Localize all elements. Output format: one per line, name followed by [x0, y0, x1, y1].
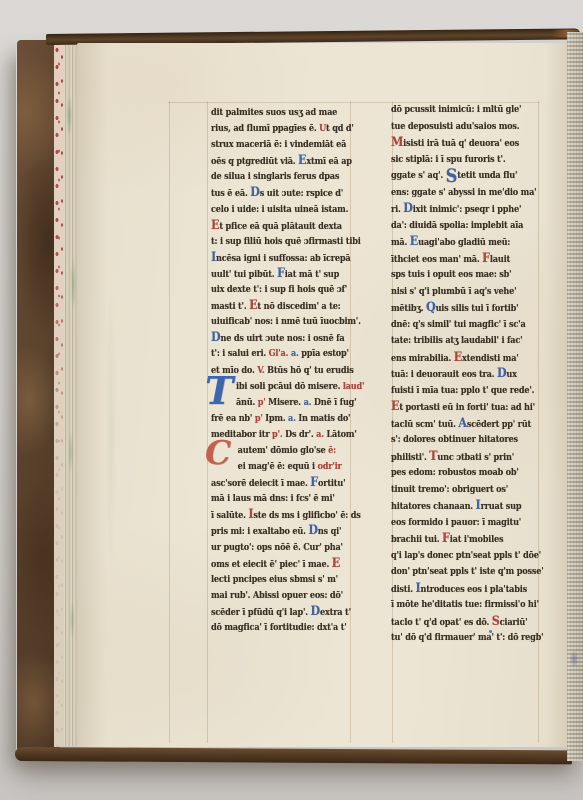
manuscript-text-line: asc'sorē deiecit ī mae. Fortitu': [211, 475, 337, 491]
manuscript-text-line: dnē: q's simil' tui magfic' ī sc'a: [391, 317, 517, 334]
rubricated-text: T: [429, 449, 437, 464]
gothic-text: īthciet eos man' mā.: [391, 254, 482, 265]
manuscript-text-line: Misisti irā tuā q' deuora' eos: [391, 135, 517, 152]
gothic-text: tuā: i deuorauit eos tra.: [391, 369, 497, 380]
manuscript-text-line: da': diuidā spolia: implebit aīa: [391, 218, 517, 235]
gothic-text: brachii tui.: [391, 534, 442, 545]
gothic-text: ei mag'ē ē: equū i: [238, 461, 318, 472]
manuscript-text-line: tus ē eā. Ds uit ɔute: rspice d': [211, 185, 337, 201]
gothic-text: Misere.: [268, 397, 303, 408]
rubricated-text: U: [319, 123, 326, 134]
gothic-text: ggate s' aq'.: [391, 170, 446, 181]
gothic-text: de silua i singlaris ferus dpas: [211, 171, 339, 182]
text-column-left: dit palmites suos usʒ ad maerius, ad flu…: [211, 105, 357, 636]
illuminated-initial-C: C: [205, 436, 231, 469]
gothic-text: Ipm.: [265, 413, 288, 424]
gothic-text: ux: [506, 369, 516, 380]
rubricated-text: Gl'a.: [269, 348, 291, 359]
gothic-text: scēdert pp' rūt: [467, 419, 531, 430]
rubricated-text: a.: [291, 348, 301, 359]
gothic-text: ī salūte.: [211, 510, 248, 521]
rubricated-text: laud': [343, 381, 364, 392]
rubricated-text: E: [332, 556, 340, 571]
rubricated-text: D: [308, 523, 317, 538]
manuscript-text-line: oēs q ptgrediūt viā. Extmī eā ap: [211, 153, 337, 169]
gothic-text: oēs q ptgrediūt viā.: [211, 156, 298, 167]
gothic-text: fuisti ī mīa tua: pplo t' que rede'.: [391, 385, 534, 396]
gothic-text: rruat sup: [481, 501, 522, 512]
gothic-text: ncēsa igni i suffossa: ab īcrepā: [216, 253, 350, 264]
gothic-text: mētibʒ.: [391, 303, 426, 314]
gothic-text: ns qi': [318, 526, 341, 537]
gothic-text: ri.: [391, 204, 403, 215]
gothic-text: extra t': [320, 607, 351, 618]
gothic-text: masti t'.: [211, 301, 249, 312]
gothic-text: tus ē eā.: [211, 188, 250, 199]
manuscript-text-line: oms et eiecit ē' piec' ī mae. E: [211, 556, 337, 572]
gothic-text: xtendisti ma': [462, 353, 519, 364]
manuscript-text-line: ur pugto': ops nōē ē. Cur' pha': [211, 540, 337, 556]
manuscript-text-line: ri. Dixit inimic': pseqr i pphe': [391, 201, 517, 218]
gothic-text: nisi s' q'i plumbū ī aq's vehe': [391, 286, 516, 297]
manuscript-text-line: ens mirabilia. Extendisti ma': [391, 350, 517, 367]
ruling-line-vertical: [207, 101, 208, 743]
gothic-text: mā i laus mā dns: i fcs' ē mi': [211, 493, 335, 504]
gothic-text: lecti pncipes eius sbmsi s' m': [211, 574, 338, 585]
gothic-text: dit palmites suos usʒ ad mae: [211, 107, 337, 118]
manuscript-text-line: nisi s' q'i plumbū ī aq's vehe': [391, 284, 517, 301]
manuscript-page: dit palmites suos usʒ ad maerius, ad flu…: [77, 43, 571, 747]
gothic-text: strux maceriā ē: i vindemiāt eā: [211, 139, 346, 150]
gothic-text: taclū scm' tuū.: [391, 419, 458, 430]
manuscript-text-line: ī salūte. Iste ds ms i glificbo' ē: ds: [211, 507, 337, 523]
gothic-text: Lātom': [326, 429, 356, 440]
manuscript-text-line: scēder ī pfūdū q'i lap'. Dextra t': [211, 604, 337, 620]
rubricated-text: F: [277, 266, 285, 281]
gothic-text: ānū.: [236, 397, 258, 408]
manuscript-text-line: dit palmites suos usʒ ad mae: [211, 105, 337, 121]
manuscript-text-line: de silua i singlaris ferus dpas: [211, 169, 337, 185]
manuscript-text-line: taclū scm' tuū. Ascēdert pp' rūt: [391, 416, 517, 433]
blue-ink-dot: [489, 630, 492, 633]
manuscript-text-line: strux maceriā ē: i vindemiāt eā: [211, 137, 337, 153]
gothic-text: tate: tribilis atʒ laudabil' i fac': [391, 335, 522, 346]
rubricated-text: E: [298, 153, 306, 168]
manuscript-text-line: eos formido i pauor: ī magitu': [391, 515, 517, 532]
bottom-cover-edge: [15, 747, 572, 764]
manuscript-text-line: t: i sup filiū hois quē ɔfirmasti tibi: [211, 234, 337, 250]
gothic-text: asc'sorē deiecit ī mae.: [211, 478, 310, 489]
gothic-text: rius, ad flumī ppagīes ē.: [211, 123, 319, 134]
gothic-text: isisti irā tuā q' deuora' eos: [403, 138, 519, 149]
manuscript-text-line: philisti'. Tunc ɔtbati s' prin': [391, 449, 517, 466]
gothic-text: oms et eiecit ē' piec' ī mae.: [211, 559, 332, 570]
manuscript-text-line: Et portasti eū in forti' tua: ad hi': [391, 399, 517, 416]
manuscript-text-line: pris mi: i exaltabo eū. Dns qi': [211, 523, 337, 539]
rubricated-text: E: [410, 234, 418, 249]
gothic-text: ens: ggate s' abyssi in me'dio ma': [391, 187, 536, 198]
rubricated-text: E: [211, 218, 219, 233]
gothic-text: mā.: [391, 237, 410, 248]
gothic-text: ortitu': [318, 478, 345, 489]
gothic-text: t qd d': [326, 123, 354, 134]
gothic-text: uis silis tui ī fortib': [436, 303, 519, 314]
manuscript-text-line: t': i salui eri. Gl'a. a. ppīa estop': [211, 346, 337, 362]
rubricated-text: a.: [304, 397, 314, 408]
illuminated-initial-T: T: [205, 372, 233, 410]
manuscript-text-line: ens: ggate s' abyssi in me'dio ma': [391, 185, 517, 202]
gothic-text: s': dolores obtinuer hitatores: [391, 434, 518, 445]
manuscript-text-line: uiuificab' nos: i nmē tuū īuocbim'.: [211, 314, 337, 330]
gothic-text: philisti'.: [391, 452, 429, 463]
manuscript-text-line: ī mōte he'ditatis tue: firmissi'o hi': [391, 597, 517, 614]
gothic-text: ste ds ms i glificbo' ē: ds: [253, 510, 360, 521]
gothic-text: In matis do': [298, 413, 350, 424]
rubricated-text: D: [211, 330, 220, 345]
manuscript-text-line: tate: tribilis atʒ laudabil' i fac': [391, 333, 517, 350]
text-column-right: dō pcussit inimicū: i mltū gle'tue depos…: [391, 102, 537, 647]
gothic-text: s uit ɔute: rspice d': [260, 188, 343, 199]
ruling-line-vertical: [538, 101, 539, 743]
manuscript-text-line: don' ptn'seat ppls t' iste q'm posse': [391, 564, 517, 581]
gothic-text: ur pugto': ops nōē ē. Cur' pha': [211, 542, 343, 553]
rubricated-text: a.: [316, 429, 326, 440]
manuscript-text-line: brachii tui. Fiat i'mobiles: [391, 531, 517, 548]
gothic-text: tetit unda flu': [457, 170, 517, 181]
gothic-text: frē ea nb': [211, 413, 255, 424]
manuscript-text-line: dō pcussit inimicū: i mltū gle': [391, 102, 517, 119]
rubricated-text: M: [391, 135, 403, 150]
gothic-text: uix dexte t': i sup fi hois quē ɔf': [211, 284, 347, 295]
gothic-text: uagi'abo gladiū meū:: [418, 237, 510, 248]
rubricated-text: A: [458, 416, 466, 431]
manuscript-text-line: tuā: i deuorauit eos tra. Dux: [391, 366, 517, 383]
gothic-text: lauit: [490, 254, 510, 265]
rubricated-text: Q: [426, 300, 436, 315]
rubricated-text: p'.: [272, 429, 285, 440]
gothic-text: dō magfica' ī fortitudie: dxt'a t': [211, 622, 347, 633]
manuscript-text-line: uult' tui pibūt. Fiat mā t' sup: [211, 266, 337, 282]
photo-background: dit palmites suos usʒ ad maerius, ad flu…: [0, 0, 583, 800]
manuscript-text-line: lecti pncipes eius sbmsi s' m': [211, 572, 337, 588]
manuscript-text-line: fuisti ī mīa tua: pplo t' que rede'.: [391, 383, 517, 400]
gothic-text: celo i uide: i uisita uineā istam.: [211, 204, 348, 215]
gothic-text: t pfice eā quā plātauit dexta: [219, 221, 342, 232]
gothic-text: unc ɔtbati s' prin': [437, 452, 514, 463]
manuscript-text-line: mai rub'. Abissi opuer eos: dō': [211, 588, 337, 604]
rubricated-text: E: [391, 399, 399, 414]
gothic-text: sic stiplā: i ī spu furoris t'.: [391, 154, 505, 165]
gothic-text: da': diuidā spolia: implebit aīa: [391, 220, 523, 231]
gothic-text: hitatores chanaan.: [391, 501, 476, 512]
manuscript-text-line: frē ea nb' p' Ipm. a. In matis do': [211, 411, 337, 427]
gothic-text: q'i lap's donec ptn'seat ppls t' dōe': [391, 550, 541, 561]
gothic-text: xtmī eā ap: [306, 156, 351, 167]
gothic-text: mai rub'. Abissi opuer eos: dō': [211, 590, 343, 601]
gothic-text: dō pcussit inimicū: i mltū gle': [391, 104, 521, 115]
gothic-text: don' ptn'seat ppls t' iste q'm posse': [391, 566, 544, 577]
manuscript-text-line: q'i lap's donec ptn'seat ppls t' dōe': [391, 548, 517, 565]
manuscript-text-line: tu' dō q'd firmauer' ma' t': dō regb': [391, 630, 517, 647]
manuscript-text-line: Dne ds uirt ɔute nos: i osnē fa: [211, 330, 337, 346]
rubricated-text: p': [255, 413, 265, 424]
manuscript-text-line: Incēsa igni i suffossa: ab īcrepā: [211, 250, 337, 266]
manuscript-text-line: uix dexte t': i sup fi hois quē ɔf': [211, 282, 337, 298]
rubricated-text: D: [403, 201, 412, 216]
manuscript-text-line: taclo t' q'd opat' es dō. Sciariū': [391, 614, 517, 631]
gothic-text: sps tuis i opuit eos mae: sb': [391, 269, 511, 280]
gothic-text: dnē: q's simil' tui magfic' ī sc'a: [391, 319, 526, 330]
gothic-text: uiuificab' nos: i nmē tuū īuocbim'.: [211, 316, 361, 327]
manuscript-text-line: mā i laus mā dns: i fcs' ē mi': [211, 491, 337, 507]
gothic-text: disti.: [391, 584, 415, 595]
gothic-text: t nō discedim' a te:: [257, 301, 340, 312]
gothic-text: t portasti eū in forti' tua: ad hi': [399, 402, 535, 413]
gothic-text: pes edom: robustos moab ob': [391, 467, 519, 478]
gothic-text: ibi soli pcāui dō misere.: [236, 381, 343, 392]
manuscript-text-line: ggate s' aq'. Stetit unda flu': [391, 168, 517, 185]
gothic-text: iat mā t' sup: [285, 269, 339, 280]
manuscript-text-line: sps tuis i opuit eos mae: sb': [391, 267, 517, 284]
manuscript-text-line: mā. Euagi'abo gladiū meū:: [391, 234, 517, 251]
manuscript-text-line: tue deposuisti adu'saios mos.: [391, 119, 517, 136]
gothic-text: ciariū': [500, 617, 528, 628]
fore-edge-strip: [567, 32, 583, 761]
rubricated-text: odr'ir: [318, 461, 342, 472]
ruling-line-vertical: [169, 101, 170, 743]
manuscript-text-line: celo i uide: i uisita uineā istam.: [211, 202, 337, 218]
gothic-text: tue deposuisti adu'saios mos.: [391, 121, 519, 132]
gothic-text: ixit inimic': pseqr i pphe': [413, 204, 522, 215]
gothic-text: taclo t' q'd opat' es dō.: [391, 617, 492, 628]
margin-smudge: [103, 223, 119, 643]
manuscript-text-line: s': dolores obtinuer hitatores: [391, 432, 517, 449]
gothic-text: tu' dō q'd firmauer' ma' t': dō regb': [391, 632, 543, 643]
gothic-text: ntroduces eos i pla'tabis: [421, 584, 528, 595]
manuscript-text-line: dō magfica' ī fortitudie: dxt'a t': [211, 620, 337, 636]
gothic-text: tinuit tremo': obriguert os': [391, 484, 508, 495]
manuscript-text-line: mētibʒ. Quis silis tui ī fortib': [391, 300, 517, 317]
manuscript-text-line: īthciet eos man' mā. Flauit: [391, 251, 517, 268]
rubricated-text: a.: [288, 413, 298, 424]
gothic-text: iat i'mobiles: [450, 534, 504, 545]
gothic-text: t: i sup filiū hois quē ɔfirmasti tibi: [211, 236, 361, 247]
rubricated-text: F: [482, 251, 490, 266]
gothic-text: Btūs hō q' tu erudis: [267, 365, 353, 376]
manuscript-text-line: masti t'. Et nō discedim' a te:: [211, 298, 337, 314]
rubricated-text: p': [258, 397, 268, 408]
gothic-text: pris mi: i exaltabo eū.: [211, 526, 308, 537]
rubricated-text: D: [497, 366, 506, 381]
manuscript-text-line: rius, ad flumī ppagīes ē. Ut qd d': [211, 121, 337, 137]
rubricated-text: E: [249, 298, 257, 313]
gothic-text: ppīa estop': [301, 348, 349, 359]
manuscript-text-line: disti. Introduces eos i pla'tabis: [391, 581, 517, 598]
manuscript-text-line: hitatores chanaan. Irruat sup: [391, 498, 517, 515]
gothic-text: scēder ī pfūdū q'i lap'.: [211, 607, 311, 618]
manuscript-text-line: tinuit tremo': obriguert os': [391, 482, 517, 499]
rubricated-text: D: [311, 604, 320, 619]
manuscript-text-line: pes edom: robustos moab ob': [391, 465, 517, 482]
gothic-text: ī mōte he'ditatis tue: firmissi'o hi': [391, 599, 539, 610]
manuscript-text-line: Et pfice eā quā plātauit dexta: [211, 218, 337, 234]
gothic-text: Dnē ī fug': [314, 397, 357, 408]
rubricated-text: ē:: [328, 445, 336, 456]
rubricated-text: E: [454, 350, 462, 365]
gothic-text: ens mirabilia.: [391, 353, 454, 364]
rubricated-text: D: [250, 185, 259, 200]
gothic-text: eos formido i pauor: ī magitu': [391, 517, 521, 528]
gothic-text: Ds dr'.: [285, 429, 316, 440]
gothic-text: uult' tui pibūt.: [211, 269, 277, 280]
gothic-text: autem' dōmio glo'se: [238, 445, 329, 456]
rubricated-text: V.: [257, 365, 267, 376]
gothic-text: ne ds uirt ɔute nos: i osnē fa: [220, 333, 344, 344]
gothic-text: t': i salui eri.: [211, 348, 269, 359]
